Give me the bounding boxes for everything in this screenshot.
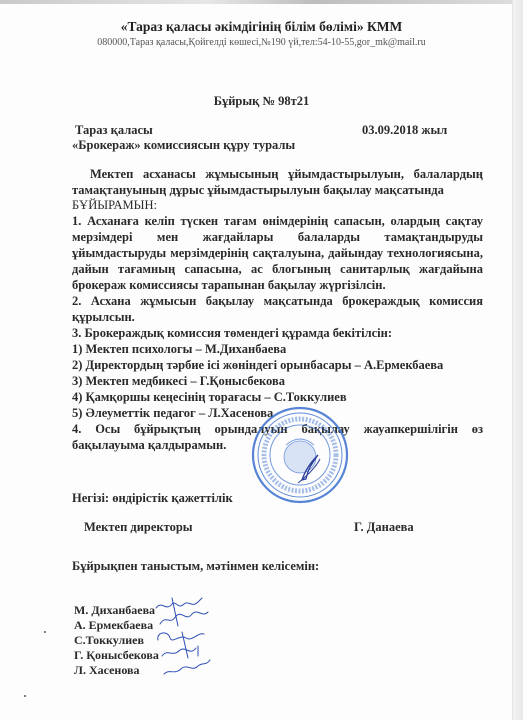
scan-top-edge bbox=[0, 0, 523, 4]
order-city: Тараз қаласы bbox=[75, 123, 153, 138]
organization-address: 080000,Тараз қаласы,Қойгелді көшесі,№190… bbox=[0, 37, 523, 48]
order-subject: «Брокераж» комиссиясын құру туралы bbox=[72, 138, 295, 153]
order-date: 03.09.2018 жыл bbox=[362, 123, 447, 138]
item4-line: бақылауыма қалдырамын. bbox=[72, 437, 226, 454]
signatory-name: М. Диханбаева bbox=[74, 603, 155, 618]
item1-line: 1. Асханаға келіп түскен тағам өнімдерін… bbox=[72, 213, 483, 230]
organization-title: «Тараз қаласы әкімдігінің білім бөлімі» … bbox=[0, 19, 523, 35]
official-stamp bbox=[250, 405, 350, 505]
member-item: 1) Мектеп психологы – М.Диханбаева bbox=[72, 341, 286, 358]
basis-text: Негізі: өндірістік қажеттілік bbox=[72, 490, 233, 507]
signatory-name: Г. Қонысбекова bbox=[74, 648, 159, 663]
order-title: Бұйрық № 98т21 bbox=[0, 94, 523, 109]
scan-speck bbox=[44, 631, 46, 633]
acknowledgement-text: Бұйрықпен таныстым, мәтінмен келісемін: bbox=[72, 558, 319, 575]
item1-line: дайын тағамның сапасына, ас блогының сан… bbox=[72, 261, 483, 278]
signatory-name: С.Токкулиев bbox=[74, 633, 144, 648]
item1-line: ұйымдастыруды мерзімдерінің сақталуына, … bbox=[72, 245, 483, 262]
order-directive: БҰЙЫРАМЫН: bbox=[72, 197, 157, 214]
item1-line: брокераж комиссиясы тарапынан бақылау жү… bbox=[72, 277, 386, 294]
member-item: 3) Мектеп медбикесі – Г.Қонысбекова bbox=[72, 373, 285, 390]
item2-line: 2. Асхана жұмысын бақылау мақсатында бро… bbox=[72, 293, 483, 310]
member-item: 4) Қамқоршы кеңесінің торағасы – С.Токку… bbox=[72, 389, 347, 406]
member-item: 5) Әлеуметтік педагог – Л.Хасенова bbox=[72, 405, 273, 422]
signatory-name: А. Ермекбаева bbox=[74, 618, 153, 633]
item3-heading: 3. Брокераждық комиссия төмендегі құрамд… bbox=[72, 325, 392, 342]
member-item: 2) Директордың тәрбие ісі жөніндегі орын… bbox=[72, 357, 443, 374]
signatory-name: Л. Хасенова bbox=[74, 663, 140, 678]
scan-speck bbox=[24, 695, 26, 697]
director-label: Мектеп директоры bbox=[84, 519, 193, 536]
signature-scribbles bbox=[152, 596, 232, 686]
director-name: Г. Данаева bbox=[354, 519, 414, 536]
item1-line: мерзімдері мен жағдайлары балаларды тама… bbox=[72, 229, 483, 246]
item2-line: құрылсын. bbox=[72, 309, 135, 326]
preamble-line: Мектеп асханасы жұмысының ұйымдастырылуы… bbox=[90, 166, 483, 183]
